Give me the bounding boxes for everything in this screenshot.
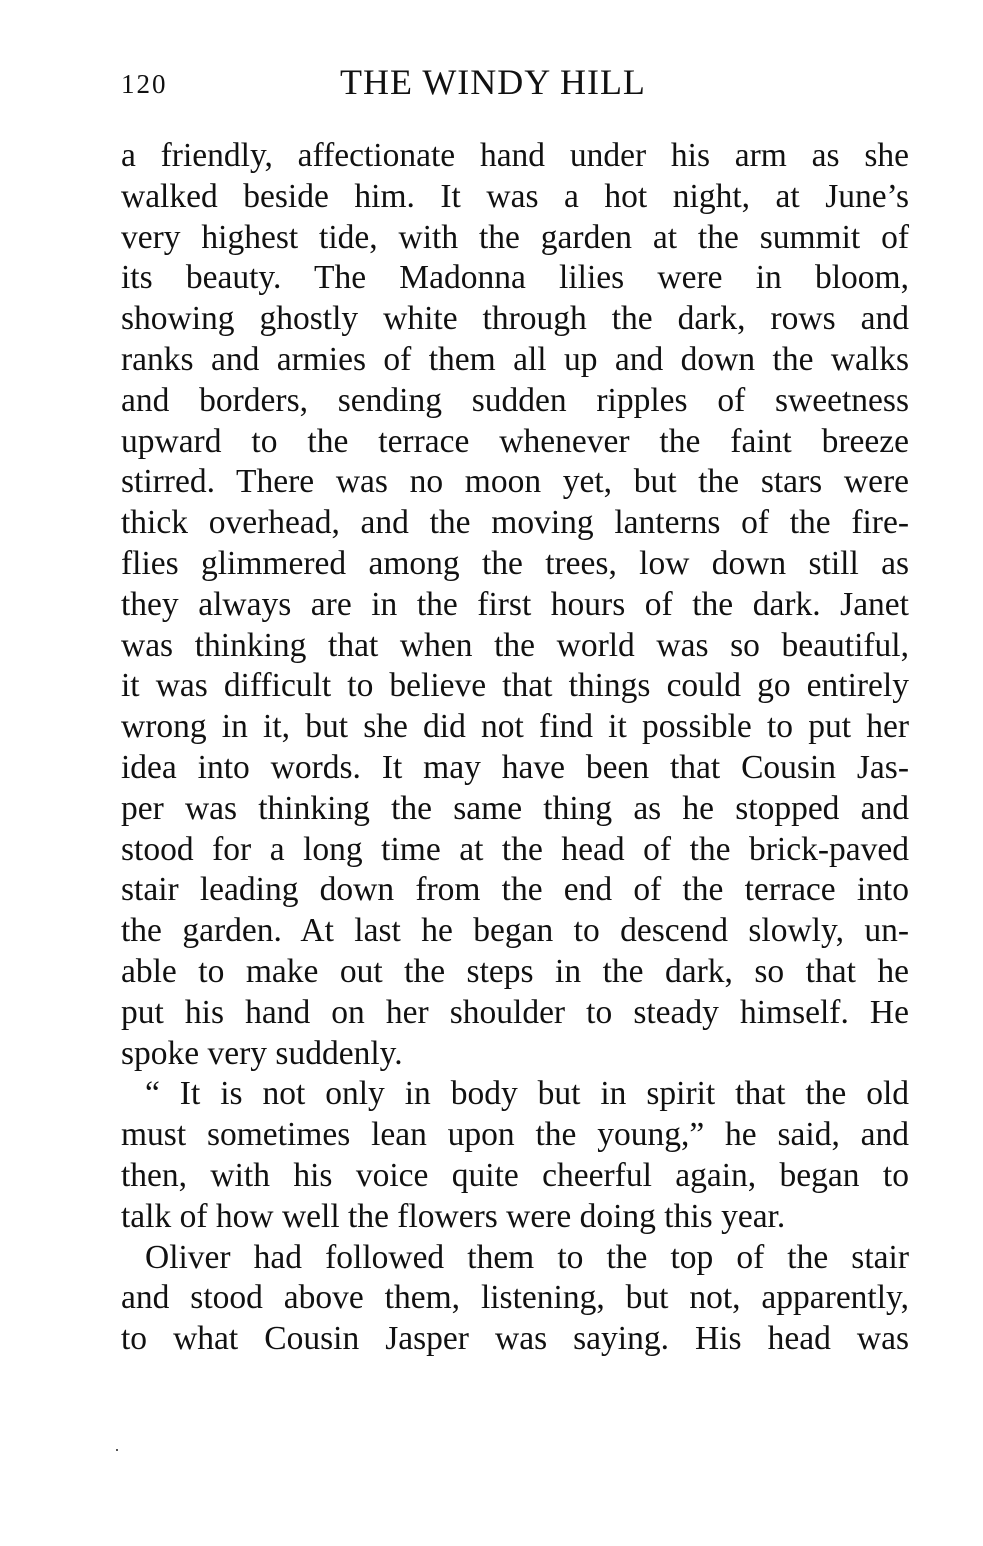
text-line: “ It is not only in body but in spirit t… xyxy=(121,1074,909,1115)
text-line: a friendly, affectionate hand under his … xyxy=(121,136,909,177)
text-line: to what Cousin Jasper was saying. His he… xyxy=(121,1319,909,1360)
text-line: thick overhead, and the moving lanterns … xyxy=(121,503,909,544)
running-head: 120 THE WINDY HILL xyxy=(121,60,908,104)
text-line: stood for a long time at the head of the… xyxy=(121,830,909,871)
text-line: its beauty. The Madonna lilies were in b… xyxy=(121,258,909,299)
text-line: they always are in the first hours of th… xyxy=(121,585,909,626)
text-line: was thinking that when the world was so … xyxy=(121,626,909,667)
text-line: and borders, sending sudden ripples of s… xyxy=(121,381,909,422)
text-line: spoke very suddenly. xyxy=(121,1034,909,1075)
running-title: THE WINDY HILL xyxy=(340,60,646,104)
text-line: talk of how well the flowers were doing … xyxy=(121,1197,909,1238)
text-line: wrong in it, but she did not find it pos… xyxy=(121,707,909,748)
text-line: Oliver had followed them to the top of t… xyxy=(121,1238,909,1279)
text-line: per was thinking the same thing as he st… xyxy=(121,789,909,830)
text-line: it was difficult to believe that things … xyxy=(121,666,909,707)
text-line: flies glimmered among the trees, low dow… xyxy=(121,544,909,585)
text-line: idea into words. It may have been that C… xyxy=(121,748,909,789)
text-line: ranks and armies of them all up and down… xyxy=(121,340,909,381)
body-text: a friendly, affectionate hand under his … xyxy=(121,136,909,1360)
text-line: and stood above them, listening, but not… xyxy=(121,1278,909,1319)
text-line: able to make out the steps in the dark, … xyxy=(121,952,909,993)
print-speck xyxy=(116,1449,118,1451)
text-line: must sometimes lean upon the young,” he … xyxy=(121,1115,909,1156)
text-line: showing ghostly white through the dark, … xyxy=(121,299,909,340)
text-line: put his hand on her shoulder to steady h… xyxy=(121,993,909,1034)
text-line: upward to the terrace whenever the faint… xyxy=(121,422,909,463)
book-page: 120 THE WINDY HILL a friendly, affection… xyxy=(0,0,983,1546)
page-number: 120 xyxy=(121,68,168,100)
text-line: the garden. At last he began to descend … xyxy=(121,911,909,952)
text-line: stair leading down from the end of the t… xyxy=(121,870,909,911)
text-line: then, with his voice quite cheerful agai… xyxy=(121,1156,909,1197)
text-line: very highest tide, with the garden at th… xyxy=(121,218,909,259)
text-line: stirred. There was no moon yet, but the … xyxy=(121,462,909,503)
text-line: walked beside him. It was a hot night, a… xyxy=(121,177,909,218)
